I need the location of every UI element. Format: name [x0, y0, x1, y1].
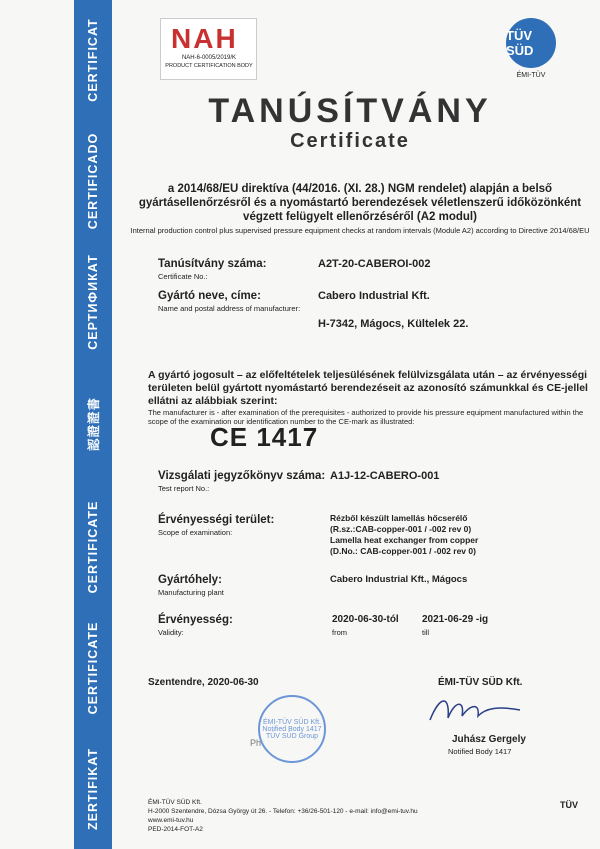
side-word: ZERTIFIKAT — [86, 779, 100, 799]
footer-website: www.emi-tuv.hu — [148, 816, 418, 825]
official-stamp-icon: ÉMI-TÜV SÜD Kft. Notified Body 1417 TÜV … — [258, 695, 326, 763]
cert-no-value: A2T-20-CABEROI-002 — [318, 258, 430, 270]
manufacturer-address: H-7342, Mágocs, Kültelek 22. — [318, 318, 468, 330]
side-word: CERTIFICADO — [86, 171, 100, 191]
scope-line: (D.No.: CAB-copper-001 / -002 rev 0) — [330, 546, 476, 557]
scope-label: Érvényességi terület: — [158, 514, 274, 526]
plant-label-en: Manufacturing plant — [158, 588, 224, 597]
report-no: A1J-12-CABERO-001 — [330, 470, 439, 482]
scope-label-en: Scope of examination: — [158, 528, 232, 537]
report-label-en: Test report No.: — [158, 484, 209, 493]
document-subtitle: Certificate — [130, 130, 570, 153]
footer-address: H-2000 Szentendre, Dózsa György út 26. -… — [148, 807, 418, 816]
side-word: 認證證書 — [84, 414, 102, 434]
tuv-mark-icon: TÜV — [560, 800, 578, 810]
side-word: CERTIFICATE — [86, 658, 100, 678]
side-word: CERTIFICAT — [86, 50, 100, 70]
manufacturer-label-en: Name and postal address of manufacturer: — [158, 304, 300, 313]
document-title: TANÚSÍTVÁNY — [130, 92, 570, 131]
manufacturer-label: Gyártó neve, címe: — [158, 290, 261, 302]
cert-no-label-en: Certificate No.: — [158, 272, 208, 281]
footer: ÉMI-TÜV SÜD Kft. H-2000 Szentendre, Dózs… — [148, 798, 418, 834]
cert-no-label: Tanúsítvány száma: — [158, 258, 266, 270]
signer-role: Notified Body 1417 — [448, 747, 511, 756]
side-word: CERTIFICATE — [86, 537, 100, 557]
signature-icon — [420, 690, 530, 730]
validity-label-en: Validity: — [158, 628, 184, 637]
valid-from-en: from — [332, 628, 347, 637]
ce-mark: CE 1417 — [210, 422, 318, 453]
intro-text: a 2014/68/EU direktíva (44/2016. (XI. 28… — [130, 182, 590, 224]
side-band-text: ZERTIFIKAT CERTIFICATE CERTIFICATE 認證證書 … — [74, 0, 112, 849]
valid-to: 2021-06-29 -ig — [422, 614, 488, 625]
manufacturer-name: Cabero Industrial Kft. — [318, 290, 430, 302]
plant-label: Gyártóhely: — [158, 574, 222, 586]
tuv-subtitle: ÉMI-TÜV — [500, 72, 562, 79]
intro-text-en: Internal production control plus supervi… — [130, 226, 590, 235]
place-date: Szentendre, 2020-06-30 — [148, 677, 259, 688]
nah-logo-text: NAH — [171, 23, 238, 55]
scope-line: Lamella heat exchanger from copper — [330, 535, 478, 546]
report-label: Vizsgálati jegyzőkönyv száma: — [158, 470, 325, 482]
signer-name: Juhász Gergely — [452, 734, 526, 745]
valid-from: 2020-06-30-tól — [332, 614, 399, 625]
validity-label: Érvényesség: — [158, 614, 233, 626]
nah-accreditation-logo: NAH NAH-6-0005/2019/K PRODUCT CERTIFICAT… — [160, 18, 257, 80]
scope-line: (R.sz.:CAB-copper-001 / -002 rev 0) — [330, 524, 471, 535]
plant-value: Cabero Industrial Kft., Mágocs — [330, 574, 467, 585]
valid-to-en: till — [422, 628, 429, 637]
stamp-text: ÉMI-TÜV SÜD Kft. Notified Body 1417 TÜV … — [260, 719, 324, 740]
footer-org: ÉMI-TÜV SÜD Kft. — [148, 798, 418, 807]
scope-line: Rézből készült lamellás hőcserélő — [330, 513, 467, 524]
nah-subtitle: PRODUCT CERTIFICATION BODY — [165, 63, 253, 69]
footer-code: PED-2014-FOT-A2 — [148, 825, 418, 834]
nah-code: NAH-6-0005/2019/K — [165, 55, 253, 61]
signing-org: ÉMI-TÜV SÜD Kft. — [438, 677, 522, 688]
tuv-sud-logo-icon: TÜV SÜD — [506, 18, 556, 68]
side-word: СЕРТИФИКАТ — [86, 292, 100, 312]
authorization-text: A gyártó jogosult – az előfeltételek tel… — [148, 369, 588, 408]
